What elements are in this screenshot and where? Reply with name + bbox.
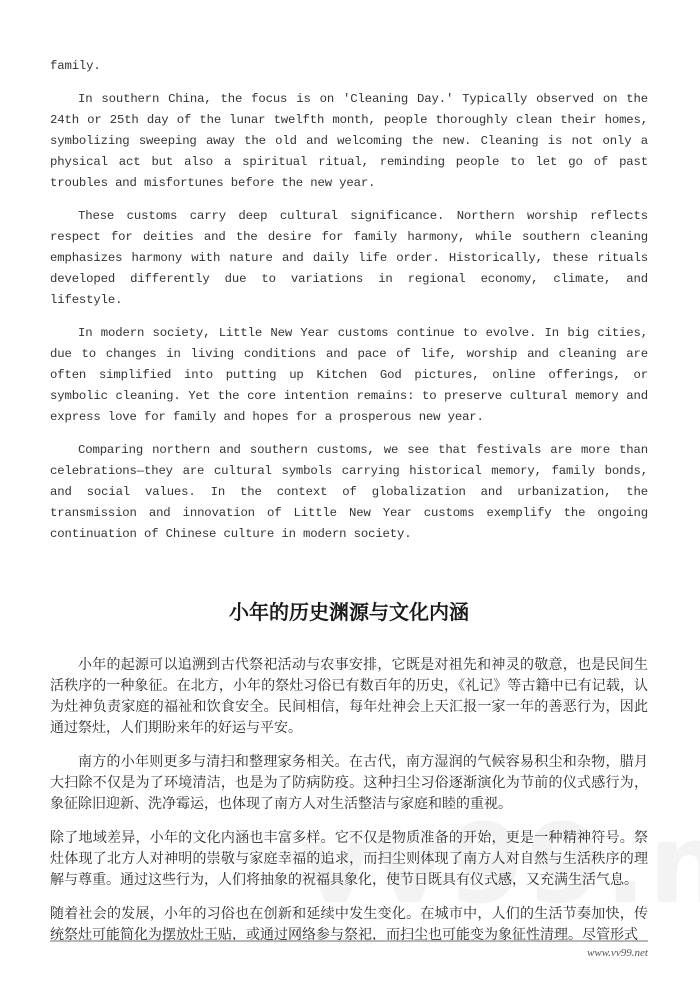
paragraph-modern-society: In modern society, Little New Year custo… xyxy=(50,323,648,428)
footer-divider xyxy=(50,940,648,942)
english-section: family. In southern China, the focus is … xyxy=(50,56,648,557)
footer-url: www.vv99.net xyxy=(587,947,648,959)
paragraph-cultural-significance: These customs carry deep cultural signif… xyxy=(50,206,648,311)
paragraph-comparison: Comparing northern and southern customs,… xyxy=(50,440,648,545)
chinese-section: 小年的起源可以追溯到古代祭祀活动与农事安排，它既是对祖先和神灵的敬意，也是民间生… xyxy=(50,655,648,959)
paragraph-cultural-meaning: 除了地域差异，小年的文化内涵也丰富多样。它不仅是物质准备的开始，更是一种精神符号… xyxy=(50,828,648,891)
paragraph-continued: family. xyxy=(50,56,648,77)
section-heading: 小年的历史渊源与文化内涵 xyxy=(50,597,648,627)
paragraph-southern-cleaning-day: In southern China, the focus is on 'Clea… xyxy=(50,89,648,194)
paragraph-origins: 小年的起源可以追溯到古代祭祀活动与农事安排，它既是对祖先和神灵的敬意，也是民间生… xyxy=(50,655,648,739)
paragraph-southern-custom: 南方的小年则更多与清扫和整理家务相关。在古代，南方湿润的气候容易积尘和杂物，腊月… xyxy=(50,752,648,815)
